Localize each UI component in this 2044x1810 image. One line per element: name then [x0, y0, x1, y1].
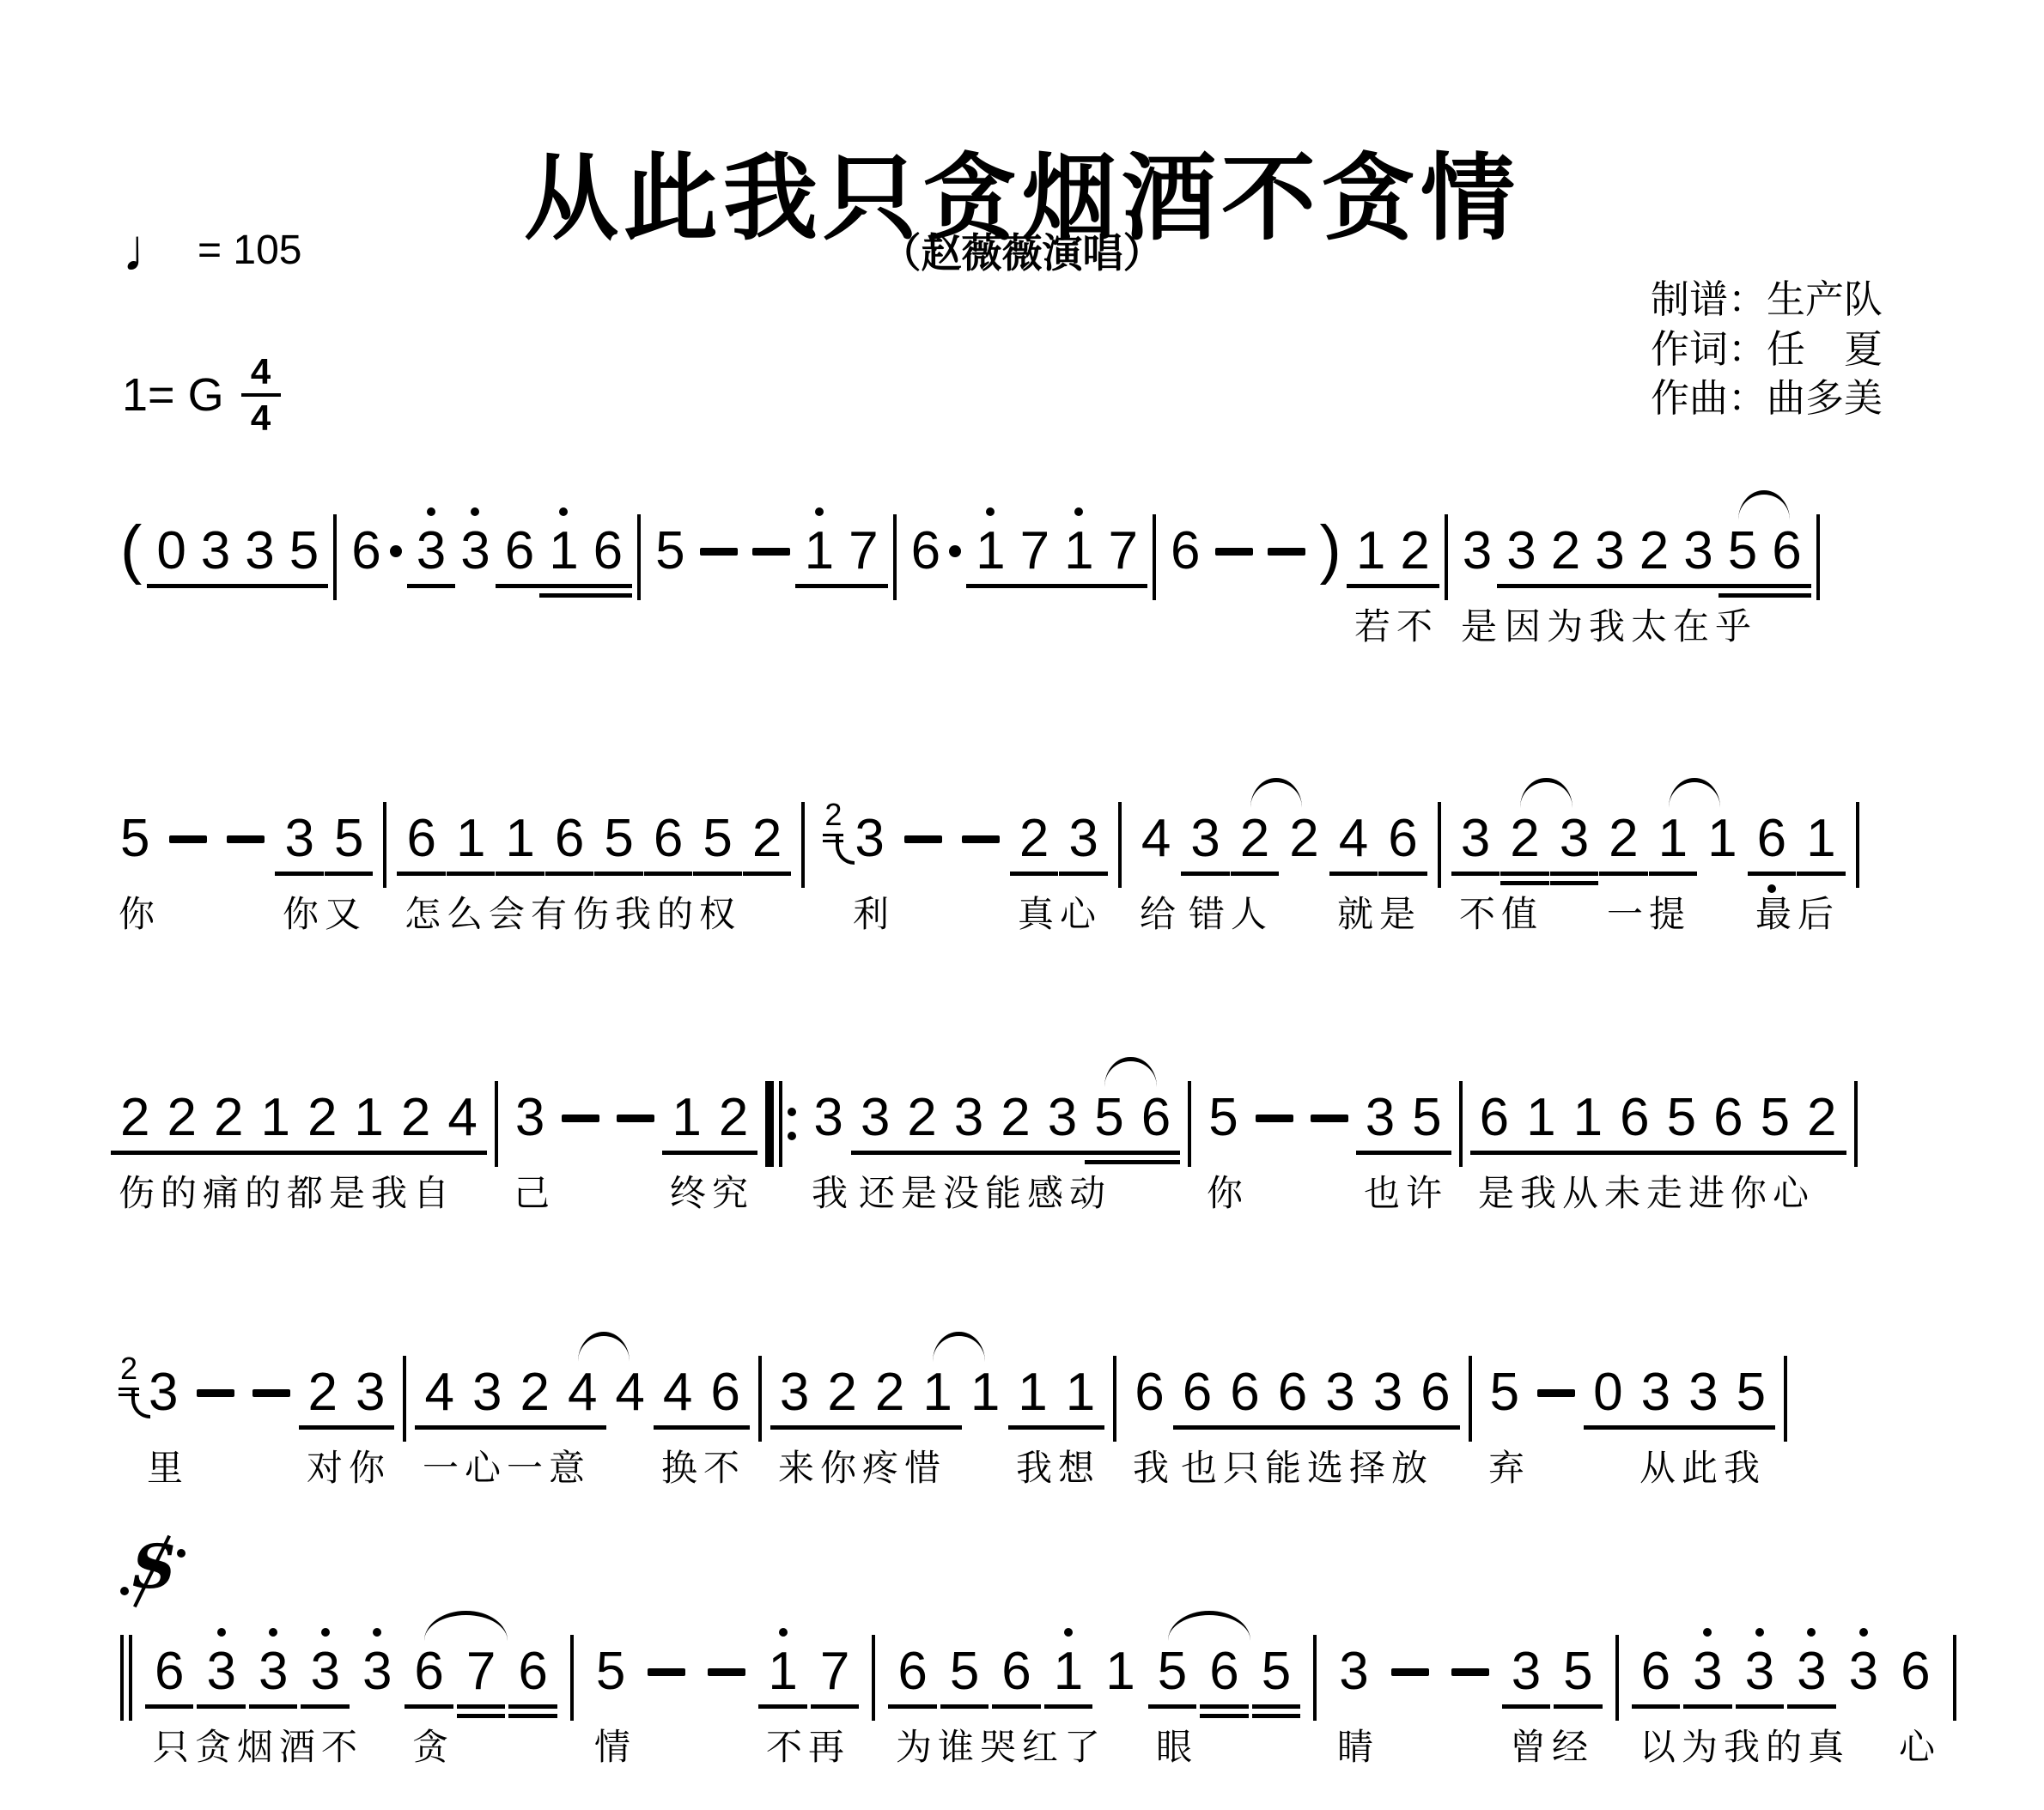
octave-dot-above-icon: [815, 507, 824, 516]
barline: [1784, 1356, 1787, 1442]
grace-digit: 2: [824, 799, 842, 830]
beam-underline: [1610, 1151, 1658, 1155]
note-digit: 6: [406, 812, 435, 866]
note-digit: 6: [155, 1645, 184, 1698]
octave-dot-above-icon: [373, 1628, 381, 1637]
lyric-segment: 还是没能感动: [859, 1165, 1111, 1217]
note-digit: 2: [307, 1091, 337, 1145]
note-digit: 1: [1105, 1645, 1135, 1698]
beam-underline: [1762, 593, 1810, 598]
augmentation-dot-icon: [390, 545, 402, 557]
barline: [403, 1356, 406, 1442]
beam-underline: [235, 584, 283, 588]
beam-underline: [1599, 872, 1647, 876]
note-token: 3: [417, 525, 446, 578]
beam-underline: [1085, 1160, 1133, 1164]
notes-row: 232343244463221111666633650335: [120, 1344, 1984, 1442]
beam-underline: [1554, 1704, 1602, 1709]
barline: [1118, 802, 1122, 888]
note-token: 2: [1289, 812, 1318, 866]
beam-underline: [743, 872, 791, 876]
open-paren: (: [120, 517, 142, 582]
grace-slur: [836, 835, 855, 865]
segno-dot: [177, 1549, 186, 1558]
beam-underline: [147, 584, 195, 588]
note-digit: 0: [1593, 1366, 1622, 1419]
beam-underline: [508, 1704, 557, 1709]
note-token: 1: [768, 1645, 797, 1698]
note-token: 6: [1901, 1645, 1930, 1698]
lyric-segment: 里: [147, 1440, 189, 1491]
note-digit: 3: [954, 1091, 983, 1145]
beam-underline: [811, 1704, 859, 1709]
barline: [1445, 514, 1448, 600]
beam-underline: [1364, 1425, 1412, 1430]
beam-underline: [397, 872, 445, 876]
note-token: 6: [654, 812, 683, 866]
beam-underline: [945, 1151, 993, 1155]
note-digit: 6: [1388, 812, 1417, 866]
tie-arc: [1520, 778, 1572, 808]
note-token: 5: [703, 812, 732, 866]
lyric-segment: 以为我的真: [1639, 1719, 1850, 1771]
beam-underline: [1038, 1151, 1086, 1155]
fraction-bar: [241, 393, 281, 397]
note-digit: 5: [703, 812, 732, 866]
lyric-segment: 贪: [412, 1719, 454, 1771]
lyric-segment: 你: [1207, 1165, 1249, 1217]
note-digit: 3: [1373, 1366, 1402, 1419]
barline: [1469, 1356, 1472, 1442]
lyric-segment: 不再: [766, 1719, 850, 1771]
note-token: 4: [663, 1366, 692, 1419]
note-token: 3: [1745, 1645, 1774, 1698]
note-token: 2: [1510, 812, 1539, 866]
lyric-segment: 我: [1133, 1440, 1175, 1491]
repeat-dots: [788, 1081, 796, 1167]
note-digit: 3: [1688, 1366, 1718, 1419]
note-digit: 5: [1728, 525, 1757, 578]
note-token: 1: [1064, 525, 1093, 578]
beam-underline: [1762, 584, 1810, 588]
note-token: 3: [1048, 1091, 1077, 1145]
note-token: 3: [1595, 525, 1624, 578]
note-digit: 4: [663, 1366, 692, 1419]
note-digit: 0: [156, 525, 186, 578]
beam-underline: [693, 872, 741, 876]
lyric-segment: 对你: [307, 1440, 391, 1491]
note-digit: 1: [922, 1366, 952, 1419]
beam-underline: [1564, 1151, 1612, 1155]
note-token: 2: [1400, 525, 1429, 578]
note-token: 4: [615, 1366, 644, 1419]
note-token: 3: [954, 1091, 983, 1145]
note-digit: 3: [1849, 1645, 1878, 1698]
note-digit: 5: [120, 812, 149, 866]
beam-underline: [1329, 872, 1378, 876]
beam-underline: [1679, 1425, 1727, 1430]
note-digit: 3: [356, 1366, 385, 1419]
note-digit: 3: [417, 525, 446, 578]
note-digit: 6: [911, 525, 940, 578]
note-token: 6: [1641, 1645, 1670, 1698]
note-token: 4: [424, 1366, 453, 1419]
beam-underline: [539, 593, 587, 598]
note-token: 1: [976, 525, 1005, 578]
note-token: 6: [593, 525, 623, 578]
note-token: 2: [1639, 525, 1669, 578]
note-token: 5: [596, 1645, 625, 1698]
lyric-segment: 你: [119, 886, 161, 938]
note-token: 3: [1506, 525, 1536, 578]
beam-underline: [866, 1425, 914, 1430]
lyric-segment: 换不: [661, 1440, 745, 1491]
note-digit: 5: [334, 812, 363, 866]
key-prefix: 1= G: [122, 368, 224, 422]
repeat-start-sign: [765, 1081, 796, 1167]
note-digit: 2: [827, 1366, 856, 1419]
lyric-segment: 情: [594, 1719, 636, 1771]
notes-row: 53561165652232343224632321161: [120, 790, 1984, 888]
beam-underline: [145, 1704, 193, 1709]
note-digit: 6: [1141, 1091, 1171, 1145]
note-token: 6: [1230, 1366, 1259, 1419]
note-token: 3: [245, 525, 274, 578]
note-digit: 5: [1262, 1645, 1291, 1698]
note-token: 2: [214, 1091, 243, 1145]
tie-arc: [1250, 778, 1302, 808]
note-token: 1: [1658, 812, 1688, 866]
duration-dash: [1451, 1668, 1489, 1676]
note-digit: 3: [1463, 525, 1492, 578]
note-token: 6: [1420, 1366, 1450, 1419]
note-token: 1: [1526, 1091, 1555, 1145]
beam-underline: [1649, 872, 1697, 876]
tempo-marking: ♩ = 105: [122, 220, 301, 280]
lyric-segment: 一心一意: [423, 1440, 591, 1491]
beam-underline: [839, 584, 887, 588]
note-digit: 6: [1641, 1645, 1670, 1698]
note-token: 1: [456, 812, 485, 866]
note-token: 2: [167, 1091, 196, 1145]
note-digit: 6: [1420, 1366, 1450, 1419]
beam-underline: [1347, 584, 1395, 588]
note-digit: 3: [780, 1366, 809, 1419]
barline: [1113, 1356, 1116, 1442]
note-digit: 3: [1512, 1645, 1541, 1698]
octave-dot-above-icon: [321, 1628, 330, 1637]
note-token: 5: [604, 812, 633, 866]
duration-dash: [227, 835, 265, 843]
tie-arc: [933, 1332, 984, 1362]
note-digit: 1: [1573, 1091, 1603, 1145]
note-digit: 1: [1066, 1366, 1095, 1419]
note-digit: 3: [813, 1091, 843, 1145]
note-token: 1: [1054, 1645, 1083, 1698]
note-token: 7: [1020, 525, 1049, 578]
beam-underline: [545, 872, 593, 876]
note-digit: 7: [466, 1645, 496, 1698]
note-digit: 6: [518, 1645, 547, 1698]
note-token: 6: [155, 1645, 184, 1698]
lyric-segment: 伤的痛的都是我自: [119, 1165, 455, 1217]
beam-underline: [280, 584, 328, 588]
note-token: 2: [719, 1091, 748, 1145]
beam-underline: [644, 872, 692, 876]
note-token: 5: [1761, 1091, 1790, 1145]
barline: [637, 514, 641, 600]
beam-underline: [405, 1704, 453, 1709]
tie-arc: [1104, 1057, 1156, 1087]
lyric-segment: 怎么会有伤我的权: [405, 886, 741, 938]
duration-dash: [1215, 548, 1253, 556]
beam-underline: [1787, 1704, 1835, 1709]
beam-underline: [1727, 1425, 1775, 1430]
notes-row: 6333367651765611565335633336: [120, 1623, 1984, 1721]
note-token: 6: [1713, 1091, 1743, 1145]
lyric-segment: 不值: [1459, 886, 1543, 938]
lyric-segment: 从此我: [1639, 1440, 1766, 1491]
beam-underline: [1200, 1714, 1248, 1718]
note-digit: 6: [1620, 1091, 1649, 1145]
octave-dot-above-icon: [1807, 1628, 1816, 1637]
note-token: 5: [289, 525, 319, 578]
note-digit: 1: [1806, 812, 1835, 866]
note-digit: 7: [849, 525, 878, 578]
time-signature: 4 4: [241, 354, 281, 436]
note-token: 3: [310, 1645, 339, 1698]
beam-underline: [1010, 872, 1058, 876]
note-digit: 4: [1141, 812, 1171, 866]
note-digit: 5: [1737, 1366, 1766, 1419]
barline: [1856, 802, 1859, 888]
note-digit: 6: [593, 525, 623, 578]
performer-subtitle: （赵薇薇演唱）: [0, 222, 2044, 279]
beam-underline: [1632, 1425, 1680, 1430]
beam-underline: [1704, 1151, 1752, 1155]
note-token: 3: [1683, 525, 1712, 578]
beam-underline: [818, 1425, 866, 1430]
note-digit: 3: [1339, 1645, 1368, 1698]
beam-underline: [1390, 584, 1439, 588]
beam-underline: [1252, 1704, 1300, 1709]
note-token: 1: [505, 812, 534, 866]
note-digit: 2: [1510, 812, 1539, 866]
note-token: 2: [307, 1091, 337, 1145]
beam-underline: [197, 1704, 245, 1709]
note-digit: 2: [1400, 525, 1429, 578]
barline: [383, 802, 386, 888]
beam-underline: [1316, 1425, 1364, 1430]
note-token: 1: [922, 1366, 952, 1419]
note-token: 4: [447, 1091, 477, 1145]
beam-underline: [1470, 1151, 1518, 1155]
note-digit: 2: [907, 1091, 936, 1145]
beam-underline: [1748, 872, 1796, 876]
beam-underline: [1056, 1425, 1104, 1430]
beam-underline: [192, 584, 240, 588]
beam-underline: [301, 1704, 349, 1709]
note-digit: 6: [1901, 1645, 1930, 1698]
barline: [872, 1635, 875, 1721]
credits-block: 制谱：生产队作词：任 夏作曲：曲多美: [1651, 275, 1883, 423]
note-digit: 3: [1745, 1645, 1774, 1698]
note-digit: 7: [1020, 525, 1049, 578]
lyric-segment: 睛: [1337, 1719, 1379, 1771]
octave-dot-above-icon: [427, 507, 435, 516]
barline: [1953, 1635, 1956, 1721]
note-token: 1: [1066, 1366, 1095, 1419]
note-digit: 3: [201, 525, 230, 578]
note-token: 3: [780, 1366, 809, 1419]
beam-underline: [1085, 1151, 1133, 1155]
note-token: 1: [1573, 1091, 1603, 1145]
duration-dash: [1391, 1668, 1429, 1676]
beam-underline: [438, 1151, 486, 1155]
beam-underline: [249, 1704, 297, 1709]
note-digit: 6: [897, 1645, 927, 1698]
barline: [1438, 802, 1441, 888]
note-digit: 1: [1356, 525, 1385, 578]
duration-dash: [169, 835, 207, 843]
lyric-segment: 我想: [1016, 1440, 1100, 1491]
note-digit: 5: [655, 525, 684, 578]
beam-underline: [1630, 584, 1678, 588]
note-token: 6: [1141, 1091, 1171, 1145]
note-token: 6: [1620, 1091, 1649, 1145]
system-1: (0335633616517617176)1233232356若不是因为我太在乎: [120, 502, 1984, 600]
note-digit: 3: [284, 812, 313, 866]
octave-dot-above-icon: [471, 507, 479, 516]
beam-underline: [1736, 1704, 1784, 1709]
note-token: 3: [1641, 1366, 1670, 1419]
beam-underline: [851, 1151, 899, 1155]
note-digit: 2: [1609, 812, 1638, 866]
note-digit: 6: [555, 812, 584, 866]
note-digit: 3: [1048, 1091, 1077, 1145]
note-token: 3: [201, 525, 230, 578]
note-token: 3: [1512, 1645, 1541, 1698]
lyric-segment: 利: [853, 886, 895, 938]
credit-line: 作曲：曲多美: [1651, 374, 1883, 423]
beam-underline: [1231, 872, 1279, 876]
augmentation-dot-icon: [949, 545, 961, 557]
beam-underline: [662, 1151, 710, 1155]
note-digit: 6: [1135, 1366, 1164, 1419]
note-digit: 4: [1339, 812, 1368, 866]
beam-underline: [111, 1151, 159, 1155]
note-token: 6: [1001, 1645, 1031, 1698]
duration-dash: [252, 1389, 290, 1397]
note-digit: 6: [1772, 525, 1801, 578]
key-time-signature: 1= G 4 4: [122, 354, 281, 436]
lyric-segment: 若不: [1354, 598, 1439, 650]
duration-dash: [1537, 1389, 1575, 1397]
beam-underline: [940, 1704, 989, 1709]
beam-underline: [1658, 1151, 1706, 1155]
beam-underline: [1797, 872, 1845, 876]
note-digit: 3: [259, 1645, 288, 1698]
note-token: 2: [907, 1091, 936, 1145]
barline: [495, 1081, 498, 1167]
note-digit: 4: [615, 1366, 644, 1419]
note-token: 3: [813, 1091, 843, 1145]
note-token: 4: [568, 1366, 597, 1419]
note-token: 6: [1171, 525, 1200, 578]
note-digit: 1: [260, 1091, 289, 1145]
note-token: 5: [334, 812, 363, 866]
beam-underline: [1632, 1704, 1680, 1709]
note-token: 3: [206, 1645, 235, 1698]
system-5: S6333367651765611565335633336只贪烟酒不贪情不再为谁…: [120, 1623, 1984, 1721]
note-token: 3: [1849, 1645, 1878, 1698]
note-token: 1: [260, 1091, 289, 1145]
lyric-segment: 只贪烟酒不: [153, 1719, 363, 1771]
beam-underline: [991, 1151, 1039, 1155]
note-digit: 1: [354, 1091, 383, 1145]
note-token: 6: [1772, 525, 1801, 578]
note-token: 3: [1797, 1645, 1826, 1698]
note-digit: 1: [970, 1366, 1000, 1419]
segno-icon: S: [122, 1534, 186, 1613]
duration-dash: [617, 1115, 654, 1122]
credit-label: 作词：: [1651, 325, 1767, 374]
note-token: 5: [1412, 1091, 1441, 1145]
note-digit: 6: [1480, 1091, 1509, 1145]
note-token: 3: [1693, 1645, 1722, 1698]
barline: [333, 514, 337, 600]
note-digit: 5: [596, 1645, 625, 1698]
system-2: 53561165652232343224632321161你你又怎么会有伤我的权…: [120, 790, 1984, 888]
credit-label: 作曲：: [1651, 374, 1767, 423]
beam-underline: [1683, 1704, 1731, 1709]
note-digit: 6: [1278, 1366, 1307, 1419]
repeat-thick-bar: [765, 1081, 774, 1167]
grace-note: 2: [824, 799, 842, 830]
octave-dot-above-icon: [559, 507, 568, 516]
grace-note: 2: [120, 1353, 137, 1384]
beam-underline: [463, 1425, 511, 1430]
grace-slur: [131, 1389, 150, 1418]
beam-underline: [1719, 593, 1767, 598]
note-token: 1: [1356, 525, 1385, 578]
repeat-dot: [788, 1132, 796, 1140]
note-token: 3: [861, 1091, 890, 1145]
note-digit: 3: [861, 1091, 890, 1145]
beam-underline: [1132, 1160, 1180, 1164]
beam-underline: [913, 1425, 961, 1430]
note-token: 1: [354, 1091, 383, 1145]
sheet-music-page: 从此我只贪烟酒不贪情 （赵薇薇演唱） ♩ = 105 1= G 4 4 制谱：生…: [0, 0, 2044, 1810]
beam-underline: [758, 1704, 806, 1709]
note-digit: 6: [414, 1645, 443, 1698]
lyric-segment: 给: [1140, 886, 1182, 938]
beam-underline: [888, 1704, 936, 1709]
beam-underline: [1402, 1151, 1451, 1155]
note-token: 6: [414, 1645, 443, 1698]
note-digit: 1: [976, 525, 1005, 578]
beam-underline: [1173, 1425, 1221, 1430]
beam-underline: [496, 872, 544, 876]
beam-underline: [1055, 584, 1103, 588]
credit-line: 制谱：生产队: [1651, 275, 1883, 325]
beam-underline: [1500, 881, 1548, 885]
note-digit: 3: [1461, 812, 1490, 866]
note-digit: 3: [515, 1091, 544, 1145]
note-token: 3: [472, 1366, 502, 1419]
note-digit: 3: [1560, 812, 1589, 866]
note-digit: 3: [362, 1645, 392, 1698]
